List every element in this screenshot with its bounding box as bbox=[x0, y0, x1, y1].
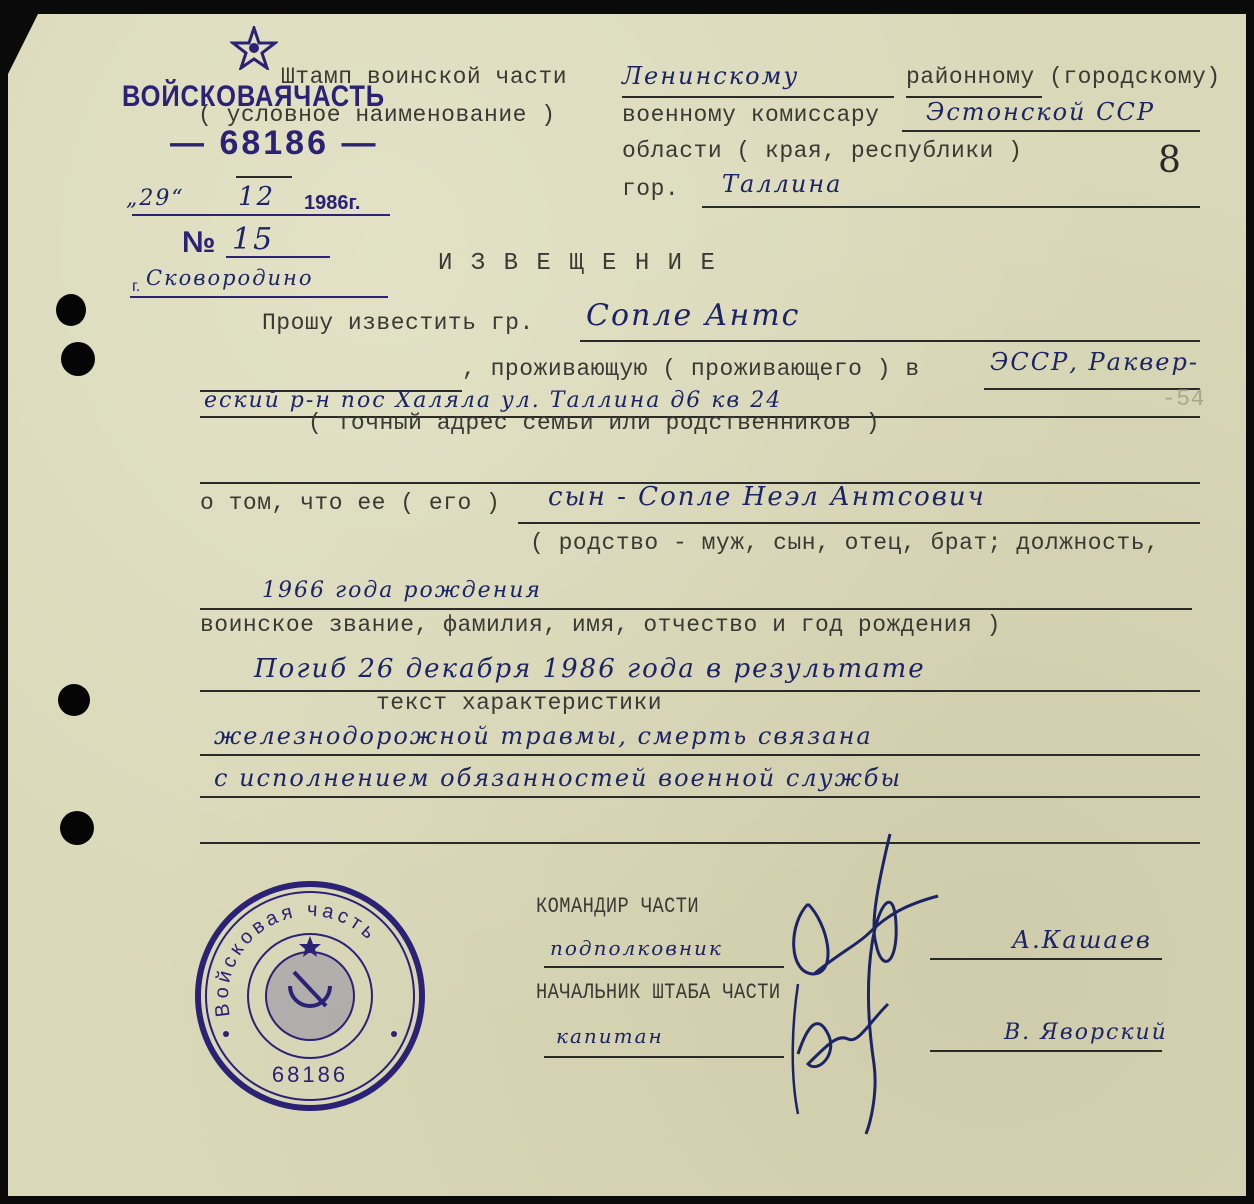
district-value: Ленинскому bbox=[622, 62, 799, 90]
chief-rank: капитан bbox=[556, 1024, 664, 1048]
address-hint: ( точный адрес семьи или родственников ) bbox=[308, 410, 880, 436]
recipient-underline bbox=[580, 340, 1200, 342]
date-day: „29“ bbox=[126, 186, 185, 211]
commissar-value: Эстонской ССР bbox=[926, 98, 1155, 126]
commander-name: А.Кашаев bbox=[1012, 926, 1152, 954]
city-right-underline bbox=[702, 206, 1200, 208]
date-underline-mark bbox=[236, 176, 292, 178]
city-value-right: Таллина bbox=[722, 170, 842, 198]
commander-title: КОМАНДИР ЧАСТИ bbox=[536, 894, 699, 919]
city-prefix: г. bbox=[132, 278, 140, 296]
address-note: -54 bbox=[1162, 386, 1205, 412]
city-label: гор. bbox=[622, 176, 679, 202]
chief-rank-underline bbox=[544, 1056, 784, 1058]
relation-value: сын - Сопле Неэл Антсович bbox=[548, 482, 986, 512]
number-underline bbox=[226, 256, 330, 258]
city-value: Сковородино bbox=[146, 266, 314, 290]
about-label: о том, что ее ( его ) bbox=[200, 490, 500, 516]
commander-rank: подполковник bbox=[550, 936, 723, 960]
region-label: области ( края, республики ) bbox=[622, 138, 1022, 164]
date-year: 1986г. bbox=[304, 192, 360, 215]
text-hint: текст характеристики bbox=[376, 690, 662, 716]
text-line-1: Погиб 26 декабря 1986 года в результате bbox=[254, 654, 926, 684]
birth-hint: воинское звание, фамилия, имя, отчество … bbox=[200, 612, 1001, 638]
star-icon bbox=[230, 26, 278, 70]
chief-name: В. Яворский bbox=[1004, 1020, 1168, 1045]
commander-rank-underline bbox=[544, 966, 784, 968]
punch-hole bbox=[56, 294, 86, 326]
relation-underline bbox=[518, 522, 1200, 524]
text-line-3: с исполнением обязанностей военной служб… bbox=[214, 764, 902, 792]
district-underline bbox=[622, 96, 894, 98]
text-line-2: железнодорожной травмы, смерть связана bbox=[214, 722, 873, 750]
page-number: 8 bbox=[1158, 140, 1183, 181]
birth-value: 1966 года рождения bbox=[262, 578, 542, 603]
signature-scribble bbox=[778, 824, 978, 1144]
commissar-label: военному комиссару bbox=[622, 102, 879, 128]
text-underline-3 bbox=[200, 796, 1200, 798]
seal-number: 68186 bbox=[272, 1062, 348, 1087]
recipient-name: Сопле Антс bbox=[586, 298, 800, 333]
city-underline bbox=[130, 296, 388, 298]
request-label: Прошу известить гр. bbox=[262, 310, 534, 336]
document-paper: Штамп воинской части ВОЙСКОВАЯЧАСТЬ ( ус… bbox=[8, 14, 1246, 1196]
round-seal: Войсковая часть 68186 bbox=[190, 876, 430, 1116]
punch-hole bbox=[58, 684, 90, 716]
punch-hole bbox=[60, 811, 94, 845]
commissar-underline bbox=[902, 130, 1200, 132]
chief-title: НАЧАЛЬНИК ШТАБА ЧАСТИ bbox=[536, 980, 781, 1005]
text-underline-2 bbox=[200, 754, 1200, 756]
number-label: № bbox=[182, 226, 215, 260]
date-month: 12 bbox=[238, 182, 275, 212]
date-underline bbox=[132, 214, 390, 216]
district-label: районному (городскому) bbox=[906, 64, 1221, 90]
birth-underline bbox=[200, 608, 1192, 610]
unit-stamp-number: — 68186 — bbox=[170, 124, 378, 163]
relation-hint: ( родство - муж, сын, отец, брат; должно… bbox=[530, 530, 1159, 556]
text-underline-4 bbox=[200, 842, 1200, 844]
address-part1: ЭССР, Раквер- bbox=[990, 348, 1199, 376]
punch-hole bbox=[61, 342, 95, 376]
text-underline-1 bbox=[200, 690, 1200, 692]
number-value: 15 bbox=[232, 222, 274, 257]
residing-label: , проживающую ( проживающего ) в bbox=[462, 356, 920, 382]
document-title: И З В Е Щ Е Н И Е bbox=[438, 250, 717, 277]
